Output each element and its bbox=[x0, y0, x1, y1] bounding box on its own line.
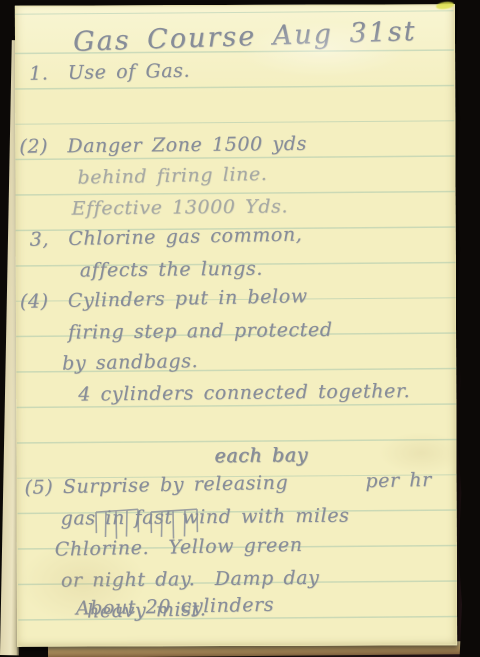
note-line: by sandbags. bbox=[62, 341, 447, 379]
note-line-text: or night day. Damp day bbox=[61, 567, 320, 592]
note-line: About 20 cylinders bbox=[72, 403, 447, 441]
note-line: behind firing line. bbox=[77, 155, 446, 193]
note-lines: 1. Use of Gas.(2) Danger Zone 1500 ydsbe… bbox=[15, 57, 447, 627]
note-line-text: (4) Cylinders put in below bbox=[20, 285, 308, 313]
note-line-text: Chlorine. Yellow green bbox=[55, 534, 303, 561]
note-line-text: (5) Surprise by releasing per hr bbox=[24, 469, 432, 499]
note-line-text: gas in fast wind with miles bbox=[61, 505, 350, 530]
note-line: 1. Use of Gas. bbox=[29, 51, 446, 90]
note-line-text: firing step and protected bbox=[68, 319, 333, 344]
note-line-text: heavy mist. bbox=[87, 598, 207, 622]
note-line: Chlorine. Yellow green bbox=[54, 527, 447, 566]
note-line-text: 4 cylinders connected together. bbox=[78, 380, 410, 405]
note-line-text: 1. Use of Gas. bbox=[29, 60, 190, 85]
note-line-text: affects the lungs. bbox=[80, 258, 263, 282]
note-line-text: (2) Danger Zone 1500 yds bbox=[19, 133, 307, 158]
note-line: heavy mist. bbox=[87, 590, 448, 628]
note-line-text: 3, Chlorine gas common, bbox=[29, 223, 302, 250]
note-line-text: Effective 13000 Yds. bbox=[71, 195, 288, 219]
handwritten-notes: Gas Course Aug 31st 1. Use of Gas.(2) Da… bbox=[15, 4, 457, 647]
photo-frame: Gas Course Aug 31st 1. Use of Gas.(2) Da… bbox=[0, 0, 480, 657]
note-line-text: behind firing line. bbox=[77, 163, 267, 189]
notebook-page: Gas Course Aug 31st 1. Use of Gas.(2) Da… bbox=[15, 4, 457, 647]
note-line-text: each bay bbox=[214, 444, 308, 467]
note-line: 3, Chlorine gas common, bbox=[29, 217, 446, 256]
note-line-text: by sandbags. bbox=[62, 350, 198, 375]
